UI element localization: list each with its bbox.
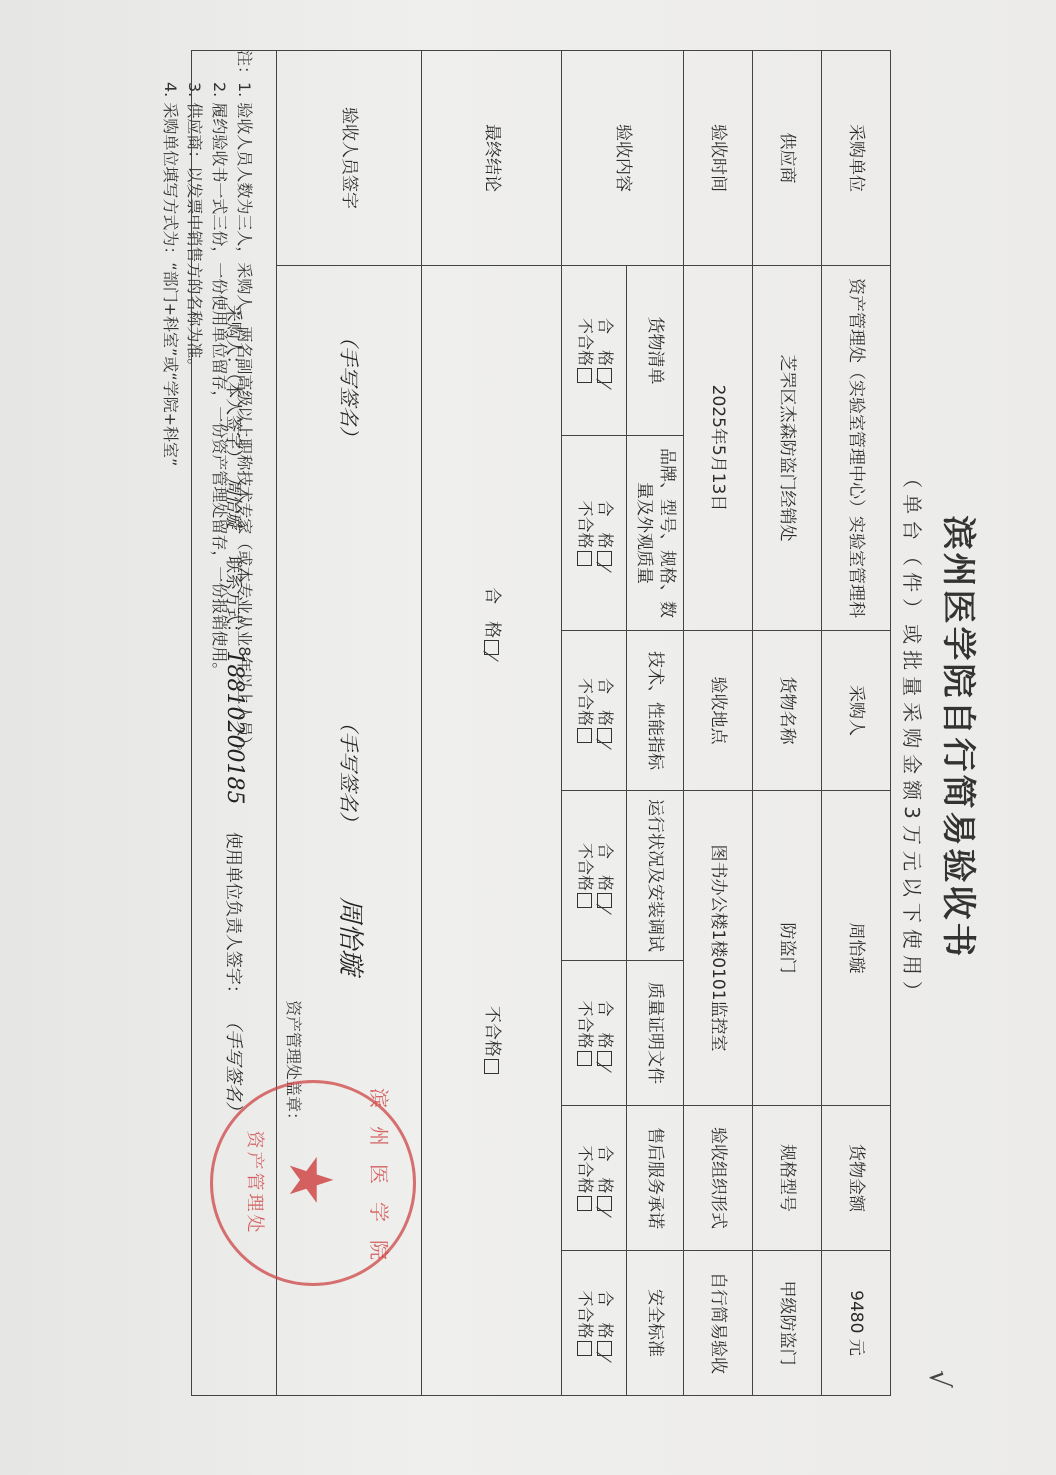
buyer-value: 周怡璇 <box>822 791 891 1106</box>
final-pass-checkbox[interactable] <box>484 640 499 655</box>
pass-checkbox[interactable] <box>597 368 612 383</box>
handwritten-checkmark: √ <box>923 1370 956 1388</box>
fail-checkbox[interactable] <box>577 893 592 908</box>
scanned-paper: 滨州医学院自行简易验收书 （单台（件）或批量采购金额3万元以下使用） √ 采购单… <box>0 0 1056 1475</box>
pass-checkbox[interactable] <box>597 1051 612 1066</box>
signature: （手写签名） <box>337 711 361 831</box>
signature: 周怡璇 <box>335 897 365 975</box>
fail-checkbox[interactable] <box>577 368 592 383</box>
document-subtitle: （单台（件）或批量采购金额3万元以下使用） <box>899 0 928 1475</box>
unit-value: 资产管理处（实验室管理中心）实验室管理科 <box>822 266 891 631</box>
pass-checkbox[interactable] <box>597 1196 612 1211</box>
unit-label: 采购单位 <box>822 51 891 266</box>
org-form-label: 验收组织形式 <box>684 1106 753 1251</box>
note-line: 3. 供应商：以发票中销售方的名称为准。 <box>182 50 207 761</box>
spec-label: 规格型号 <box>753 1106 822 1251</box>
acceptance-form-page: 滨州医学院自行简易验收书 （单台（件）或批量采购金额3万元以下使用） √ 采购单… <box>0 0 1056 1475</box>
check-item-label: 品牌、型号、规格、数量及外观质量 <box>627 436 684 631</box>
check-result-cell: 合 格不合格 <box>562 436 627 631</box>
stamp-ring-text: 滨州医学院 <box>366 1083 395 1283</box>
check-result-cell: 合 格不合格 <box>562 1106 627 1251</box>
check-item-label: 运行状况及安装调试 <box>627 791 684 961</box>
fail-checkbox[interactable] <box>577 1196 592 1211</box>
final-conclusion-row: 最终结论 合 格 不合格 <box>422 51 562 1396</box>
check-result-cell: 合 格不合格 <box>562 961 627 1106</box>
pass-checkbox[interactable] <box>597 893 612 908</box>
goods-value: 防盗门 <box>753 791 822 1106</box>
place-value: 图书办公楼1楼0101监控室 <box>684 791 753 1106</box>
star-icon: ★ <box>275 1153 345 1207</box>
stamp-inner-text: 资产管理处 <box>243 1083 269 1283</box>
fail-checkbox[interactable] <box>577 551 592 566</box>
signers-label: 验收人员签字 <box>277 51 422 266</box>
check-item-label: 售后服务承诺 <box>627 1106 684 1251</box>
fail-checkbox[interactable] <box>577 1051 592 1066</box>
pass-checkbox[interactable] <box>597 1341 612 1356</box>
fail-checkbox[interactable] <box>577 728 592 743</box>
supplier-label: 供应商 <box>753 51 822 266</box>
check-item-label: 安全标准 <box>627 1251 684 1396</box>
time-value: 2025年5月13日 <box>684 266 753 631</box>
final-fail-checkbox[interactable] <box>484 1059 499 1074</box>
content-label: 验收内容 <box>562 51 684 266</box>
check-result-cell: 合 格不合格 <box>562 266 627 436</box>
check-result-cell: 合 格不合格 <box>562 791 627 961</box>
table-row: 验收时间 2025年5月13日 验收地点 图书办公楼1楼0101监控室 验收组织… <box>684 51 753 1396</box>
document-title: 滨州医学院自行简易验收书 <box>937 0 986 1475</box>
supplier-value: 芝罘区杰森防盗门经销处 <box>753 266 822 631</box>
buyer-label: 采购人 <box>822 631 891 791</box>
table-row: 采购单位 资产管理处（实验室管理中心）实验室管理科 采购人 周怡璇 货物金额 9… <box>822 51 891 1396</box>
time-label: 验收时间 <box>684 51 753 266</box>
leader-label: 使用单位负责人签字： <box>223 832 243 1002</box>
check-result-cell: 合 格不合格 <box>562 631 627 791</box>
note-line: 注：1. 验收人员人数为三人，采购人、两名副高级以上职称技术专家（或本专业从业8… <box>231 50 256 761</box>
amount-value: 9480 元 <box>822 1251 891 1396</box>
table-row: 供应商 芝罘区杰森防盗门经销处 货物名称 防盗门 规格型号 甲级防盗门 <box>753 51 822 1396</box>
fail-checkbox[interactable] <box>577 1341 592 1356</box>
amount-label: 货物金额 <box>822 1106 891 1251</box>
notes: 注：1. 验收人员人数为三人，采购人、两名副高级以上职称技术专家（或本专业从业8… <box>157 50 256 761</box>
spec-value: 甲级防盗门 <box>753 1251 822 1396</box>
check-items-row: 验收内容 货物清单 品牌、型号、规格、数量及外观质量 技术、性能指标 运行状况及… <box>627 51 684 1396</box>
check-item-label: 货物清单 <box>627 266 684 436</box>
final-label: 最终结论 <box>422 51 562 266</box>
check-result-cell: 合 格不合格 <box>562 1251 627 1396</box>
signature: （手写签名） <box>337 326 361 446</box>
check-item-label: 质量证明文件 <box>627 961 684 1106</box>
org-form-value: 自行简易验收 <box>684 1251 753 1396</box>
place-label: 验收地点 <box>684 631 753 791</box>
note-line: 4. 采购单位填写方式为：“部门+科室”或“学院+科室” <box>157 50 182 761</box>
note-line: 2. 履约验收书一式三份，一份使用单位留存，一份资产管理处留存，一份报销使用。 <box>206 50 231 761</box>
check-item-label: 技术、性能指标 <box>627 631 684 791</box>
official-stamp: 滨州医学院 ★ 资产管理处 <box>210 1080 416 1286</box>
goods-label: 货物名称 <box>753 631 822 791</box>
pass-checkbox[interactable] <box>597 728 612 743</box>
pass-checkbox[interactable] <box>597 551 612 566</box>
final-value: 合 格 不合格 <box>422 266 562 1396</box>
leader-signature: （手写签名） <box>223 1011 244 1119</box>
